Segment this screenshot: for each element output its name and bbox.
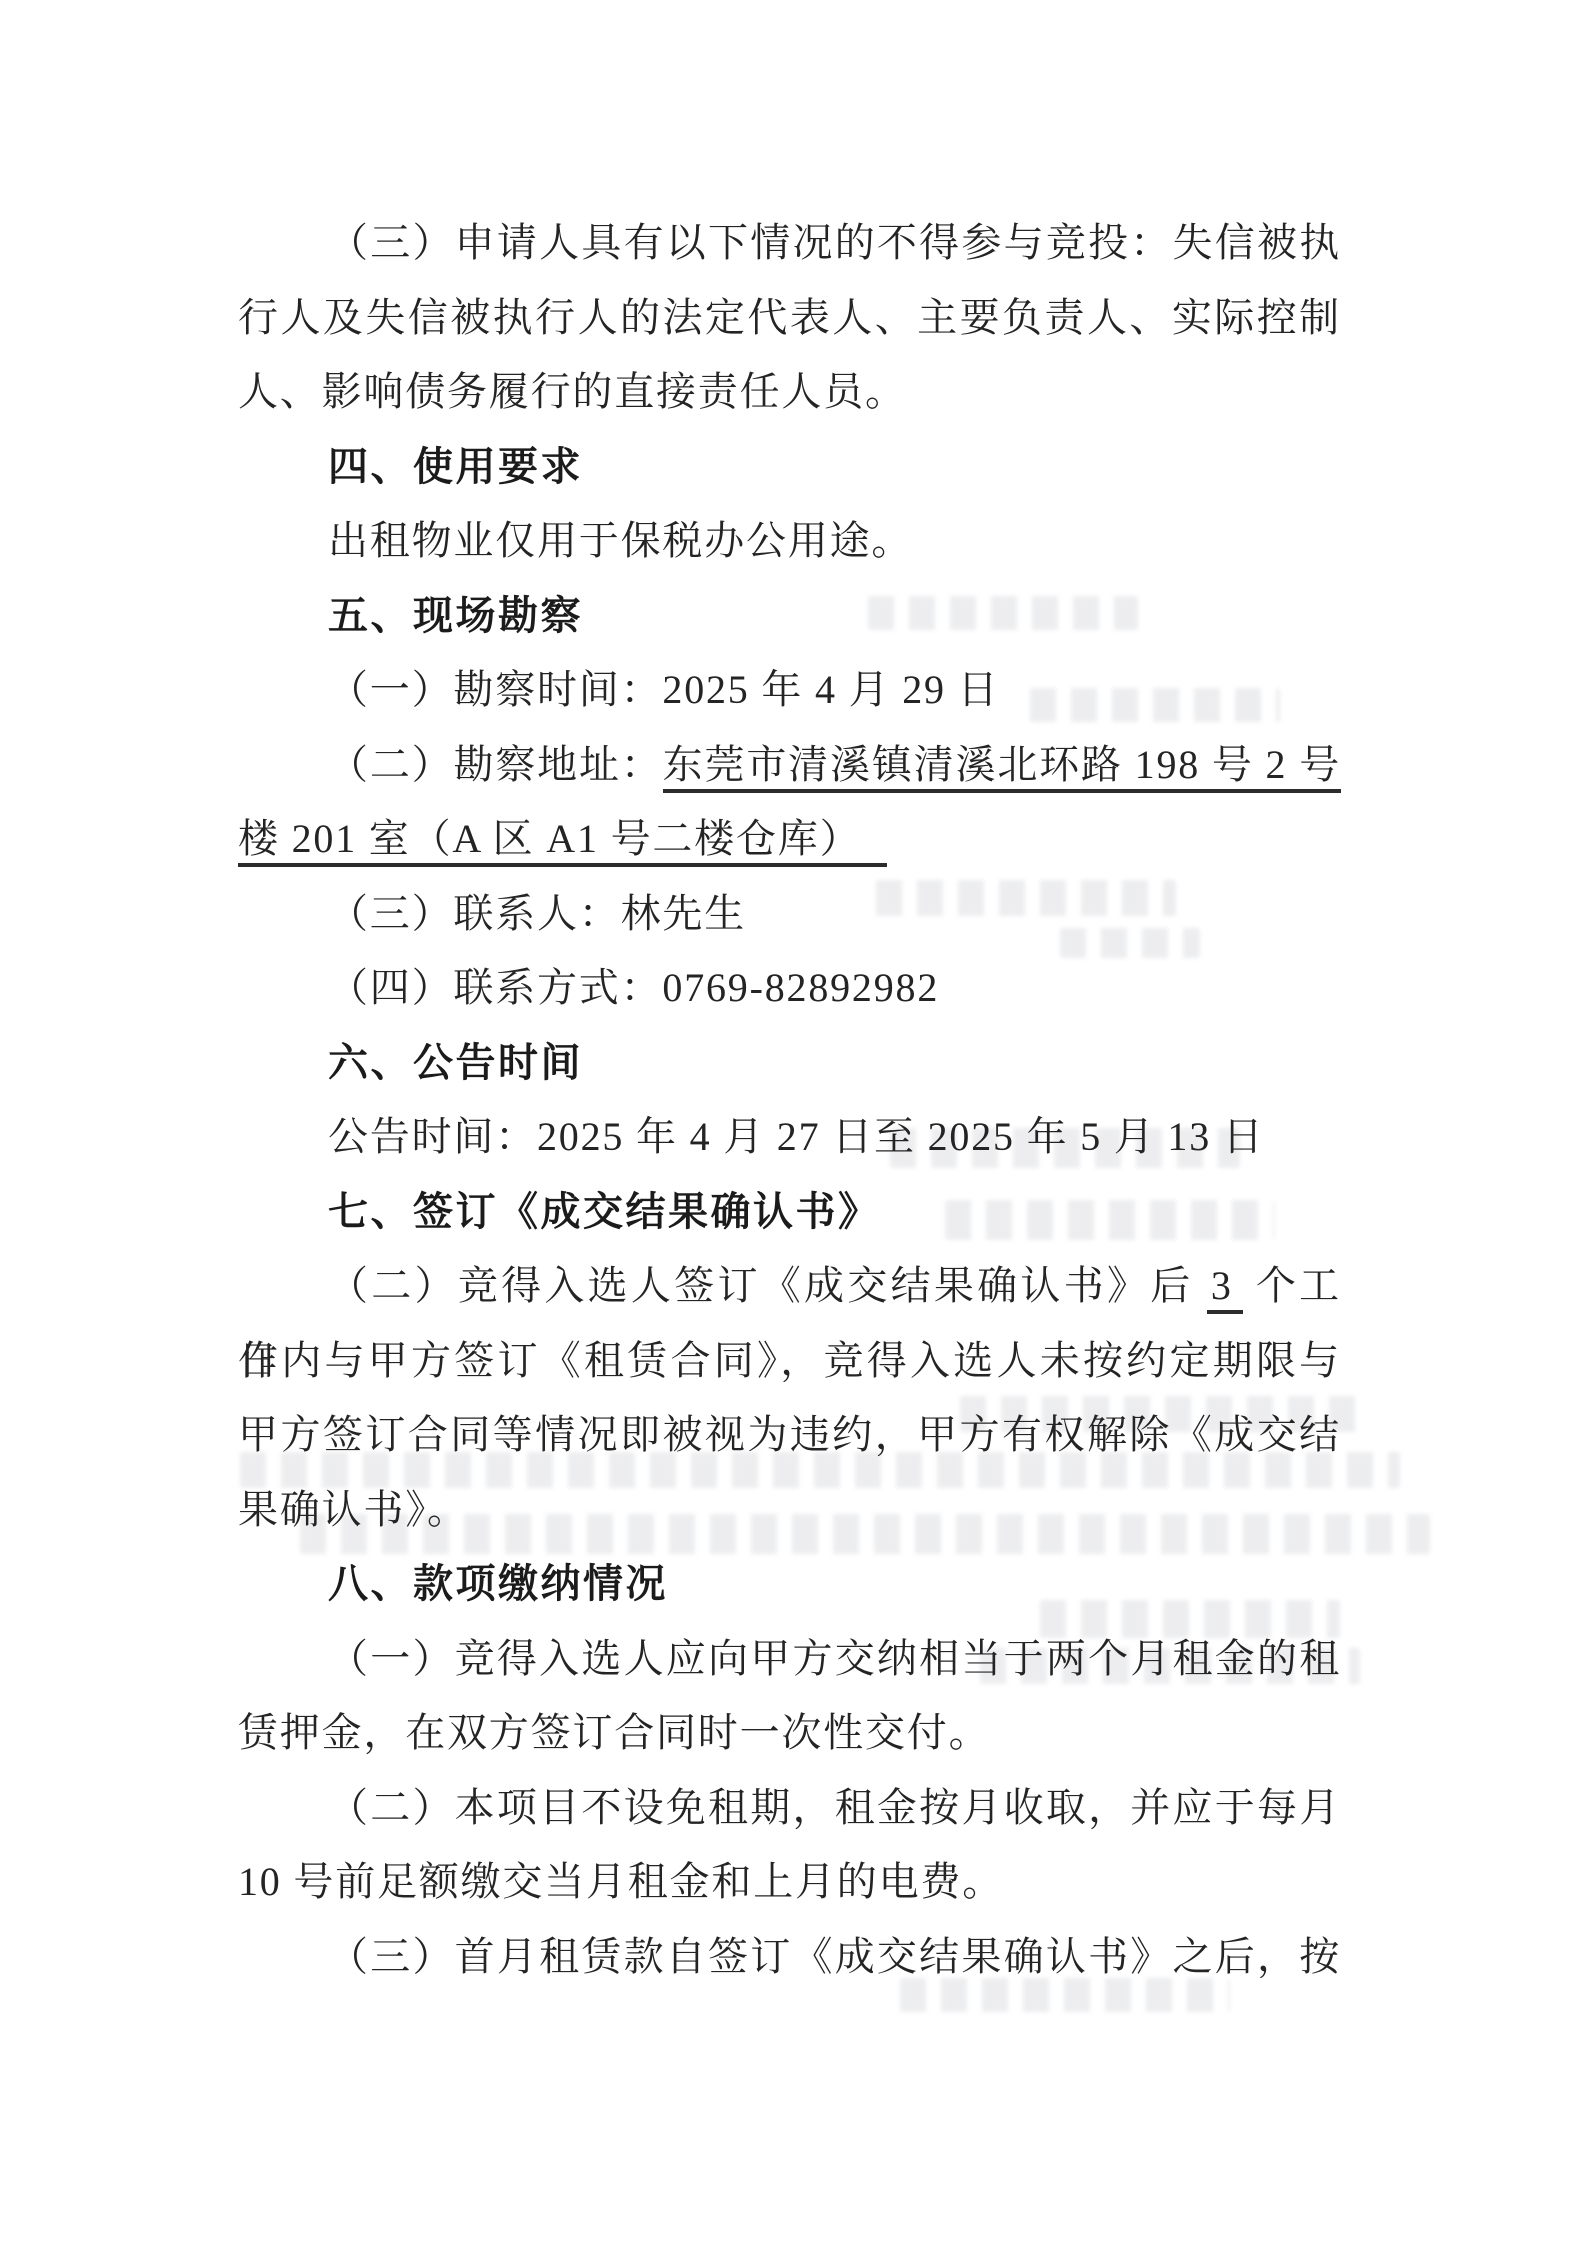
document-body: （三）申请人具有以下情况的不得参与竞投：失信被执 行人及失信被执行人的法定代表人…	[238, 206, 1341, 1994]
survey-address-line-1: （二）勘察地址：东莞市清溪镇清溪北环路 198 号 2 号	[238, 728, 1341, 803]
confirmation-clause-line-1: （二）竞得入选人签订《成交结果确认书》后 3 个工作	[238, 1249, 1341, 1324]
survey-address-underlined-part-2: 楼 201 室（A 区 A1 号二楼仓库）	[238, 816, 887, 867]
confirmation-clause-pre: （二）竞得入选人签订《成交结果确认书》后	[328, 1263, 1194, 1308]
survey-address-underlined-part-1: 东莞市清溪镇清溪北环路 198 号 2 号	[663, 742, 1341, 793]
heading-section-7-confirmation: 七、签订《成交结果确认书》	[238, 1175, 1341, 1250]
contact-number-line: （四）联系方式：0769-82892982	[238, 951, 1341, 1026]
confirmation-clause-line-4: 果确认书》。	[238, 1473, 1341, 1548]
confirmation-clause-line-2: 日内与甲方签订《租赁合同》，竞得入选人未按约定期限与	[238, 1324, 1341, 1399]
confirmation-clause-line-3: 甲方签订合同等情况即被视为违约，甲方有权解除《成交结	[238, 1398, 1341, 1473]
heading-section-8-payment: 八、款项缴纳情况	[238, 1547, 1341, 1622]
heading-section-6-announcement-period: 六、公告时间	[238, 1026, 1341, 1101]
workdays-count-underlined: 3	[1207, 1263, 1243, 1314]
usage-requirement-text: 出租物业仅用于保税办公用途。	[238, 504, 1341, 579]
heading-section-5-site-survey: 五、现场勘察	[238, 579, 1341, 654]
survey-time-line: （一）勘察时间：2025 年 4 月 29 日	[238, 653, 1341, 728]
survey-address-line-2: 楼 201 室（A 区 A1 号二楼仓库）	[238, 802, 1341, 877]
heading-section-4-usage: 四、使用要求	[238, 430, 1341, 505]
payment-clause-2-line-2: 10 号前足额缴交当月租金和上月的电费。	[238, 1845, 1341, 1920]
payment-clause-1-line-2: 赁押金，在双方签订合同时一次性交付。	[238, 1696, 1341, 1771]
clause-3-restrictions-line-2: 行人及失信被执行人的法定代表人、主要负责人、实际控制	[238, 281, 1341, 356]
payment-clause-2-line-1: （二）本项目不设免租期，租金按月收取，并应于每月	[238, 1771, 1341, 1846]
payment-clause-3-line-1: （三）首月租赁款自签订《成交结果确认书》之后，按	[238, 1920, 1341, 1995]
clause-3-restrictions-line-1: （三）申请人具有以下情况的不得参与竞投：失信被执	[238, 206, 1341, 281]
announcement-period-line: 公告时间：2025 年 4 月 27 日至 2025 年 5 月 13 日	[238, 1100, 1341, 1175]
document-page: （三）申请人具有以下情况的不得参与竞投：失信被执 行人及失信被执行人的法定代表人…	[0, 0, 1588, 2245]
clause-3-restrictions-line-3: 人、影响债务履行的直接责任人员。	[238, 355, 1341, 430]
survey-address-label: （二）勘察地址：	[328, 742, 663, 787]
contact-person-line: （三）联系人：林先生	[238, 877, 1341, 952]
payment-clause-1-line-1: （一）竞得入选人应向甲方交纳相当于两个月租金的租	[238, 1622, 1341, 1697]
